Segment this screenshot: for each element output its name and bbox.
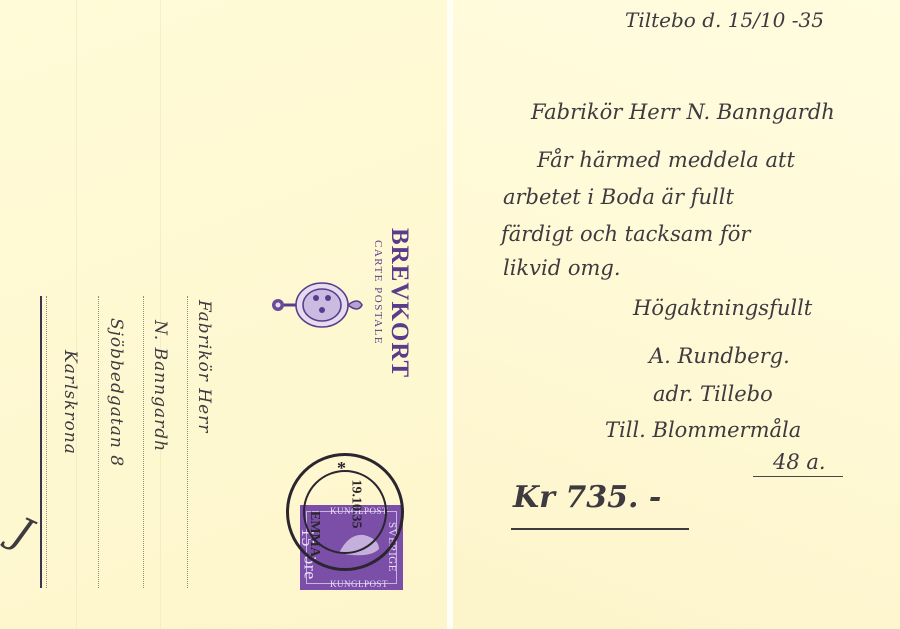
subtitle-carte-postale: CARTE POSTALE — [371, 240, 385, 378]
postcard-front: BREVKORT CARTE POSTALE Fabrikör Herr N. … — [0, 0, 447, 629]
salutation: Fabrikör Herr N. Banngardh — [531, 100, 835, 124]
sender-address-3: 48 a. — [773, 450, 826, 474]
signature: A. Rundberg. — [649, 344, 790, 368]
body-line-2: arbetet i Boda är fullt — [503, 185, 734, 209]
sender-address-1: adr. Tillebo — [653, 382, 773, 406]
address-underline — [753, 476, 843, 477]
address-line-2 — [143, 296, 144, 588]
address-text-2: N. Banngardh — [150, 320, 170, 452]
body-line-1: Får härmed meddela att — [537, 148, 795, 172]
address-line-1 — [187, 296, 188, 588]
amount-underline — [511, 528, 689, 530]
postmark-date: 19.10.35 — [348, 480, 364, 529]
stamp-label-bottom: KUNGLPOST — [330, 579, 388, 589]
dateline: Tiltebo d. 15/10 -35 — [625, 8, 824, 32]
address-text-5: J — [5, 509, 39, 557]
coat-of-arms-icon — [270, 278, 366, 332]
fold-crease — [160, 0, 161, 629]
closing: Högaktningsfullt — [633, 296, 812, 320]
sender-address-2: Till. Blommermåla — [605, 418, 801, 442]
postmark-place: EMMA — [306, 511, 322, 557]
address-text-1: Fabrikör Herr — [194, 300, 214, 433]
postmark-cancellation: * 19.10.35 EMMA — [286, 453, 404, 571]
postcard-back: Tiltebo d. 15/10 -35 Fabrikör Herr N. Ba… — [453, 0, 900, 629]
address-line-4 — [46, 296, 47, 588]
body-line-3: färdigt och tacksam för — [501, 222, 750, 246]
fold-crease — [76, 0, 77, 629]
postmark-star: * — [337, 458, 346, 479]
amount: Kr 735. - — [513, 480, 661, 515]
address-underline — [40, 296, 42, 588]
address-text-4: Karlskrona — [60, 350, 80, 455]
address-line-3 — [98, 296, 99, 588]
address-text-3: Sjöbbedgatan 8 — [106, 318, 126, 467]
body-line-4: likvid omg. — [503, 256, 621, 280]
title-brevkort: BREVKORT — [385, 228, 413, 378]
